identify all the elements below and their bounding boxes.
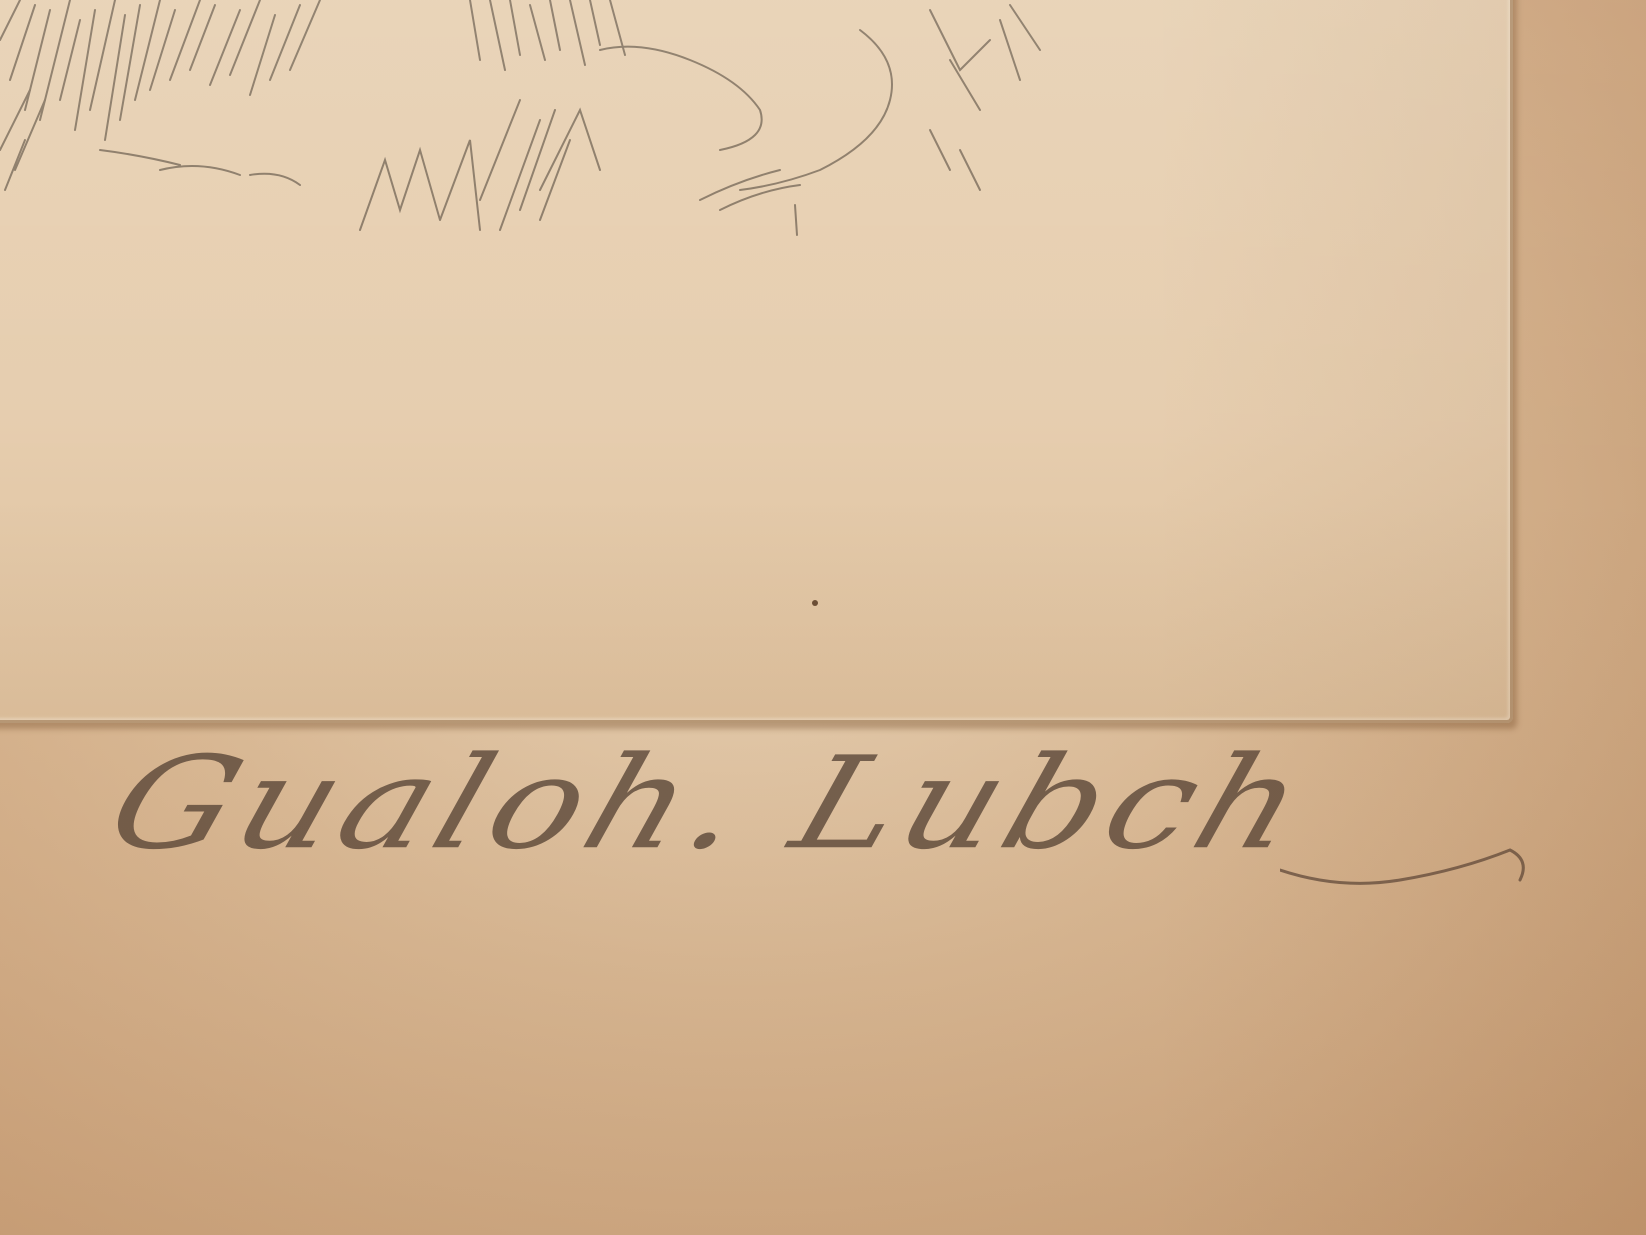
pencil-signature: Gualoh. Lubch — [92, 730, 1327, 878]
etching-photograph: Gualoh. Lubch — [0, 0, 1646, 1235]
paper-speck — [812, 600, 818, 606]
signature-flourish — [1280, 840, 1540, 900]
etched-grass-sketch — [0, 0, 1120, 250]
